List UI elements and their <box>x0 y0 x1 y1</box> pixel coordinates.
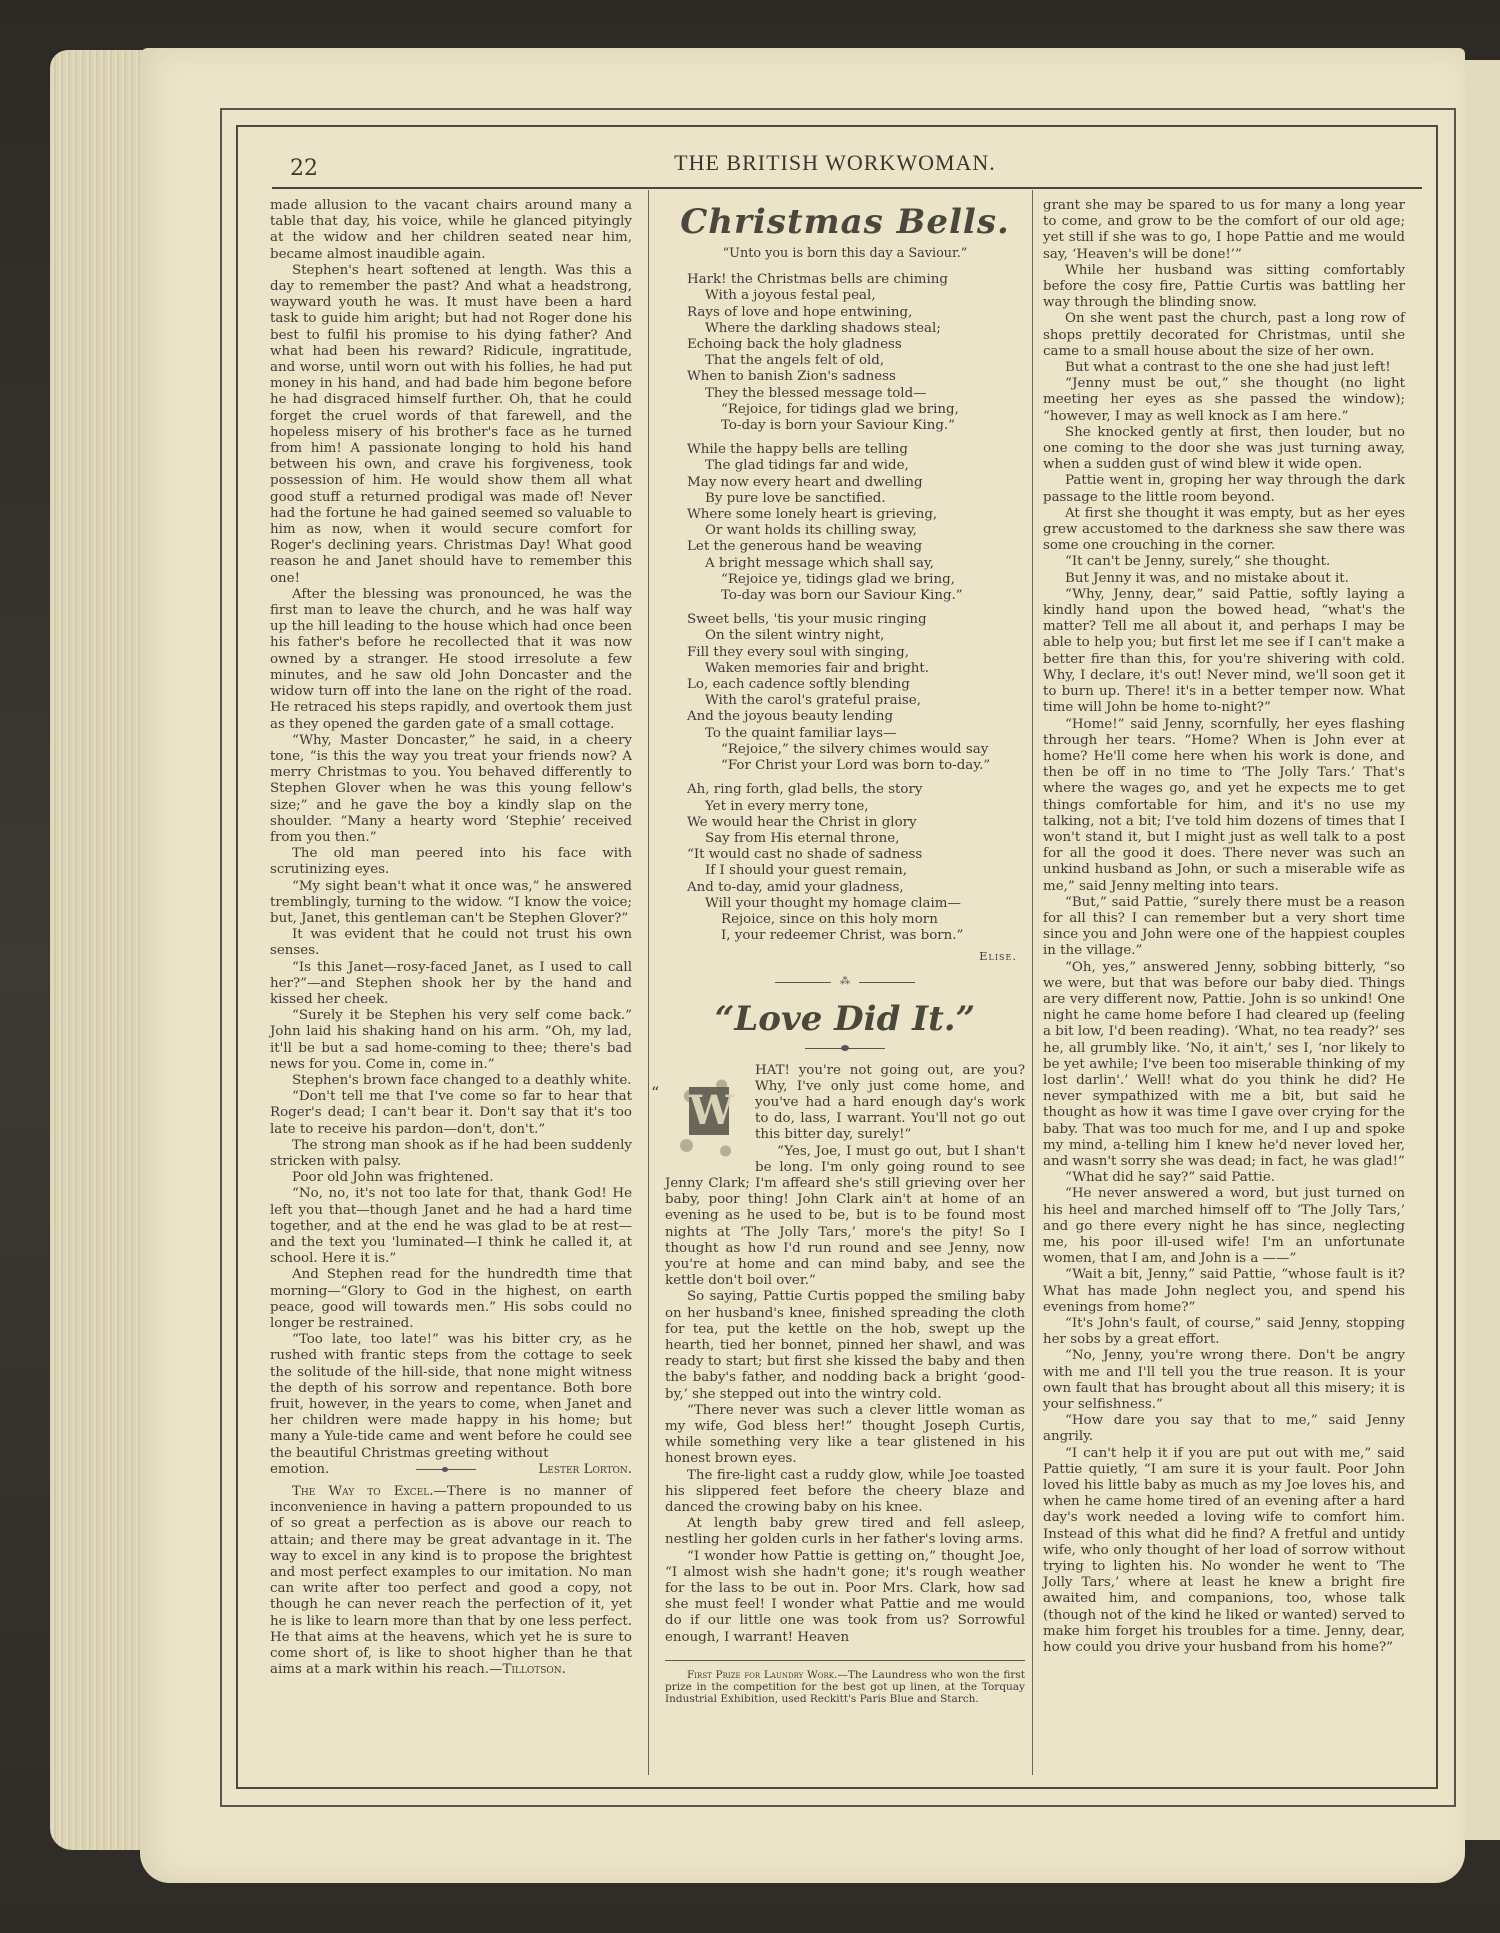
poem-line: “Rejoice, for tidings glad we bring, <box>687 402 1025 418</box>
poem-line: May now every heart and dwelling <box>687 475 1025 491</box>
poem-line: Let the generous hand be weaving <box>687 539 1025 555</box>
paragraph: Stephen's heart softened at length. Was … <box>270 263 632 587</box>
poem-line: “For Christ your Lord was born to-day.” <box>687 758 1025 774</box>
poem-line: With the carol's grateful praise, <box>687 693 1025 709</box>
paragraph: At first she thought it was empty, but a… <box>1043 506 1405 555</box>
poem-line: “Rejoice,” the silvery chimes would say <box>687 742 1025 758</box>
column-divider <box>648 190 649 1775</box>
poem-line: “It would cast no shade of sadness <box>687 847 1025 863</box>
paragraph: “But,” said Pattie, “surely there must b… <box>1043 895 1405 960</box>
paragraph: Poor old John was frightened. <box>270 1170 632 1186</box>
poem-line: Say from His eternal throne, <box>687 831 1025 847</box>
paragraph: “There never was such a clever little wo… <box>665 1403 1025 1468</box>
story-opening: “ W HAT! you're not going out, are you? … <box>665 1063 1025 1290</box>
paragraph: “No, Jenny, you're wrong there. Don't be… <box>1043 1348 1405 1413</box>
paragraph: “Why, Master Doncaster,” he said, in a c… <box>270 733 632 846</box>
poem-line: Rays of love and hope entwining, <box>687 305 1025 321</box>
stanza: Sweet bells, 'tis your music ringingOn t… <box>687 612 1025 774</box>
paragraph: It was evident that he could not trust h… <box>270 927 632 959</box>
poem-title: Christmas Bells. <box>665 200 1025 244</box>
paragraph: On she went past the church, past a long… <box>1043 311 1405 360</box>
paragraph: She knocked gently at first, then louder… <box>1043 425 1405 474</box>
paragraph: “He never answered a word, but just turn… <box>1043 1186 1405 1267</box>
paragraph: “It can't be Jenny, surely,” she thought… <box>1043 554 1405 570</box>
poem-line: “Rejoice ye, tidings glad we bring, <box>687 572 1025 588</box>
paragraph: But what a contrast to the one she had j… <box>1043 360 1405 376</box>
poem-line: They the blessed message told— <box>687 386 1025 402</box>
poem-author: Elise. <box>665 948 1017 964</box>
publication-title: THE BRITISH WORKWOMAN. <box>250 150 1420 176</box>
poem-line: To-day is born your Saviour King.” <box>687 418 1025 434</box>
poem-line: Where some lonely heart is grieving, <box>687 507 1025 523</box>
poem-line: A bright message which shall say, <box>687 556 1025 572</box>
poem-line: Ah, ring forth, glad bells, the story <box>687 782 1025 798</box>
poem-line: To-day was born our Saviour King.” <box>687 588 1025 604</box>
poem-line: That the angels felt of old, <box>687 353 1025 369</box>
masthead: 22 THE BRITISH WORKWOMAN. <box>250 140 1420 190</box>
poem-line: Fill they every soul with singing, <box>687 645 1025 661</box>
paragraph: But Jenny it was, and no mistake about i… <box>1043 571 1405 587</box>
paragraph: While her husband was sitting comfortabl… <box>1043 263 1405 312</box>
poem-line: And to-day, amid your gladness, <box>687 880 1025 896</box>
dropcap-letter: W <box>689 1087 729 1135</box>
left-column: made allusion to the vacant chairs aroun… <box>270 198 632 1678</box>
poem-line: Sweet bells, 'tis your music ringing <box>687 612 1025 628</box>
paragraph: The strong man shook as if he had been s… <box>270 1138 632 1170</box>
page-edges <box>50 50 150 1850</box>
paragraph: “How dare you say that to me,” said Jenn… <box>1043 1413 1405 1445</box>
excel-body: —There is no manner of inconvenience in … <box>270 1484 632 1677</box>
paragraph: “Wait a bit, Jenny,” said Pattie, “whose… <box>1043 1267 1405 1316</box>
paragraph: “Why, Jenny, dear,” said Pattie, softly … <box>1043 587 1405 717</box>
paragraph: “It's John's fault, of course,” said Jen… <box>1043 1316 1405 1348</box>
poem-line: On the silent wintry night, <box>687 628 1025 644</box>
right-column: grant she may be spared to us for many a… <box>1043 198 1405 1656</box>
paragraph: “Surely it be Stephen his very self come… <box>270 1008 632 1073</box>
footnote-heading: First Prize for Laundry Work. <box>687 1669 837 1681</box>
excel-paragraph: The Way to Excel.—There is no manner of … <box>270 1484 632 1678</box>
poem-line: Hark! the Christmas bells are chiming <box>687 272 1025 288</box>
paragraph: “What did he say?” said Pattie. <box>1043 1170 1405 1186</box>
poem-line: Or want holds its chilling sway, <box>687 523 1025 539</box>
poem-line: Echoing back the holy gladness <box>687 337 1025 353</box>
title-ornament-icon <box>805 1045 885 1051</box>
paragraph: “Oh, yes,” answered Jenny, sobbing bitte… <box>1043 960 1405 1171</box>
poem-epigraph: “Unto you is born this day a Saviour.” <box>665 246 1025 262</box>
paragraph: Stephen's brown face changed to a deathl… <box>270 1073 632 1089</box>
paragraph: “I wonder how Pattie is getting on,” tho… <box>665 1549 1025 1646</box>
poem-line: The glad tidings far and wide, <box>687 458 1025 474</box>
paragraph: “Don't tell me that I've come so far to … <box>270 1089 632 1138</box>
poem-line: If I should your guest remain, <box>687 863 1025 879</box>
paragraph: “Too late, too late!” was his bitter cry… <box>270 1332 632 1462</box>
poem-line: And the joyous beauty lending <box>687 709 1025 725</box>
poem-line: Rejoice, since on this holy morn <box>687 912 1025 928</box>
closing-word: emotion. <box>270 1462 329 1478</box>
poem-line: When to banish Zion's sadness <box>687 369 1025 385</box>
footnote-advert: First Prize for Laundry Work.—The Laundr… <box>665 1669 1025 1705</box>
paragraph: “Jenny must be out,” she thought (no lig… <box>1043 376 1405 425</box>
poem-line: We would hear the Christ in glory <box>687 815 1025 831</box>
next-page-edge <box>1465 60 1500 1840</box>
paragraph: grant she may be spared to us for many a… <box>1043 198 1405 263</box>
paragraph: So saying, Pattie Curtis popped the smil… <box>665 1289 1025 1402</box>
excel-author: Tillotson. <box>502 1662 566 1677</box>
stanza: Ah, ring forth, glad bells, the storyYet… <box>687 782 1025 944</box>
paragraph: “Home!” said Jenny, scornfully, her eyes… <box>1043 717 1405 895</box>
stanza: While the happy bells are tellingThe gla… <box>687 442 1025 604</box>
paragraph: “Is this Janet—rosy-faced Janet, as I us… <box>270 960 632 1009</box>
poem-line: While the happy bells are telling <box>687 442 1025 458</box>
ornate-initial-icon: “ W <box>651 1063 747 1173</box>
poem-body: Hark! the Christmas bells are chimingWit… <box>665 272 1025 944</box>
poem-line: I, your redeemer Christ, was born.” <box>687 928 1025 944</box>
paragraph: Pattie went in, groping her way through … <box>1043 473 1405 505</box>
paragraph: At length baby grew tired and fell aslee… <box>665 1516 1025 1548</box>
ornamental-divider-icon: ⁂ <box>775 977 915 987</box>
paragraph: The fire-light cast a ruddy glow, while … <box>665 1468 1025 1517</box>
poem-line: To the quaint familiar lays— <box>687 726 1025 742</box>
author-name: Lester Lorton. <box>538 1462 632 1478</box>
story-title: “Love Did It.” <box>665 997 1025 1041</box>
poem-line: Where the darkling shadows steal; <box>687 321 1025 337</box>
excel-heading: The Way to Excel. <box>292 1484 433 1499</box>
poem-line: Waken memories fair and bright. <box>687 661 1025 677</box>
poem-line: Will your thought my homage claim— <box>687 896 1025 912</box>
masthead-rule <box>272 187 1422 189</box>
paragraph: After the blessing was pronounced, he wa… <box>270 587 632 733</box>
paragraph: “I can't help it if you are put out with… <box>1043 1446 1405 1657</box>
story-byline: emotion. Lester Lorton. <box>270 1462 632 1478</box>
poem-line: Yet in every merry tone, <box>687 799 1025 815</box>
paragraph: “My sight bean't what it once was,” he a… <box>270 879 632 928</box>
stanza: Hark! the Christmas bells are chimingWit… <box>687 272 1025 434</box>
footnote-rule <box>665 1660 1025 1661</box>
middle-column: Christmas Bells. “Unto you is born this … <box>665 198 1025 1705</box>
column-divider <box>1032 190 1033 1775</box>
paragraph: And Stephen read for the hundredth time … <box>270 1267 632 1332</box>
paragraph: “No, no, it's not too late for that, tha… <box>270 1186 632 1267</box>
paragraph: The old man peered into his face with sc… <box>270 846 632 878</box>
poem-line: By pure love be sanctified. <box>687 491 1025 507</box>
dash-ornament-icon <box>416 1469 476 1470</box>
poem-line: With a joyous festal peal, <box>687 288 1025 304</box>
paragraph: made allusion to the vacant chairs aroun… <box>270 198 632 263</box>
poem-line: Lo, each cadence softly blending <box>687 677 1025 693</box>
